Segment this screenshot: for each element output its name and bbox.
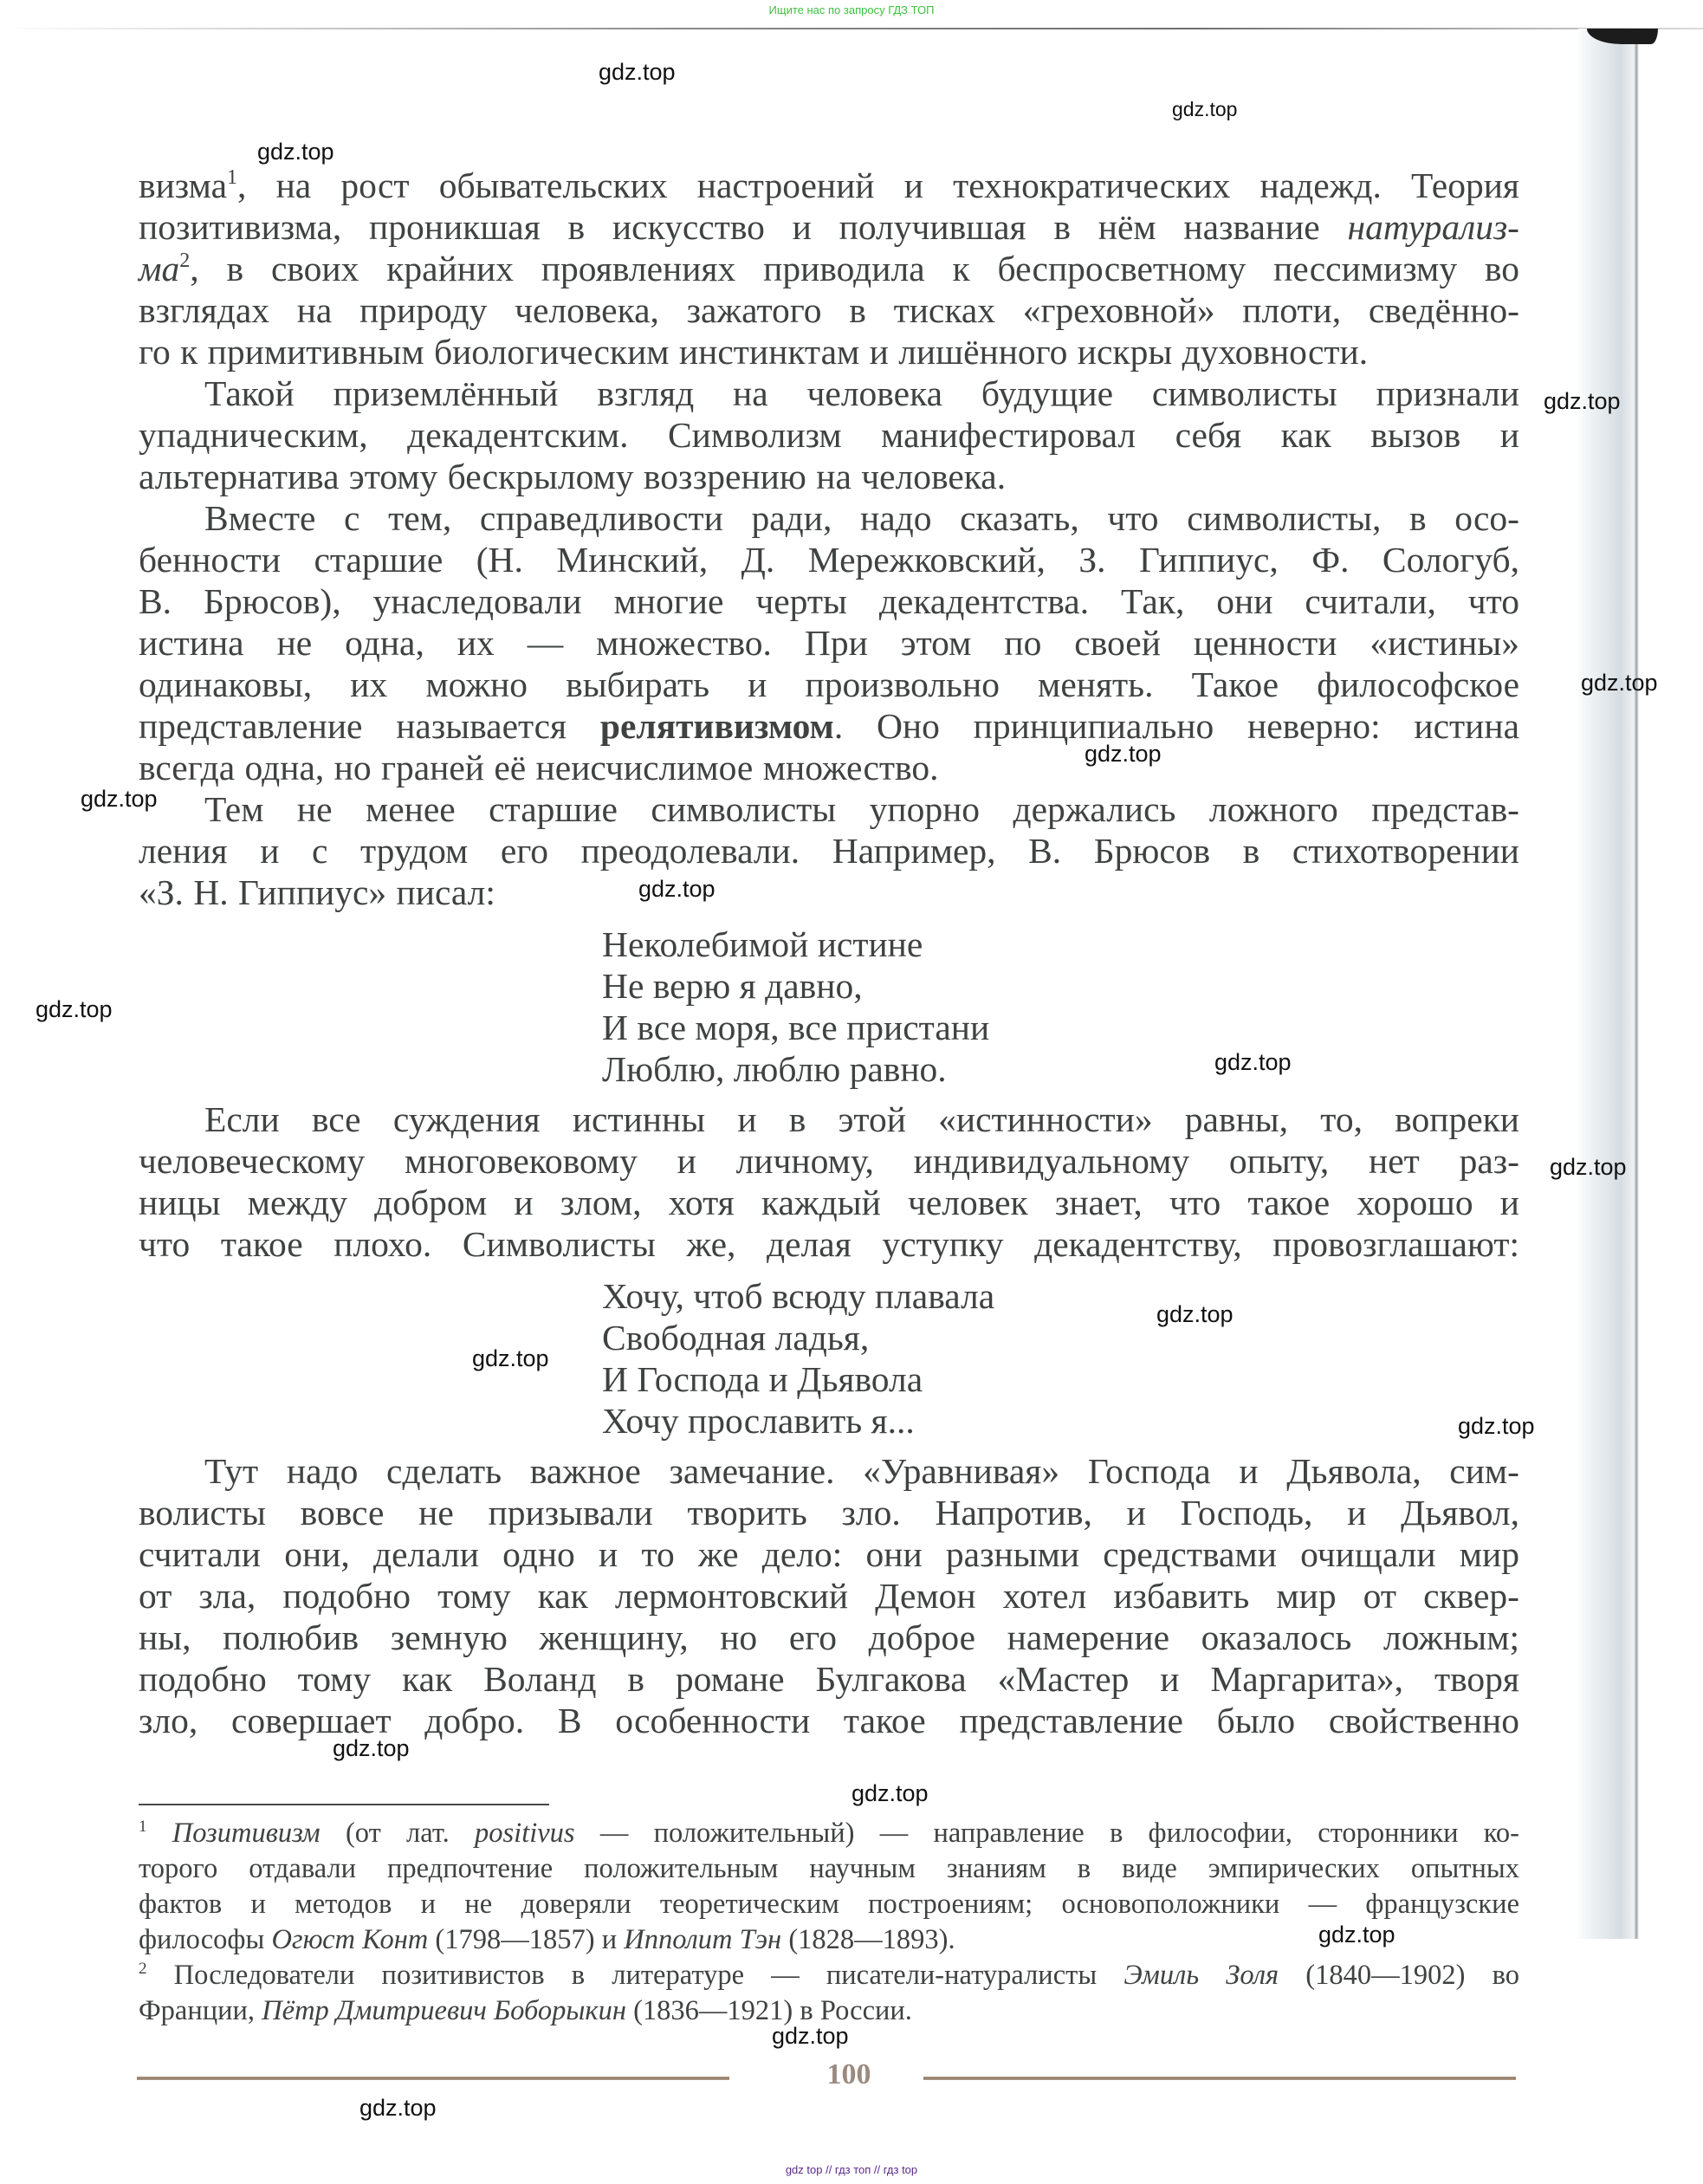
poem-line: И Господа и Дьявола [602,1358,1519,1400]
text-run: философы [139,1924,271,1955]
latin-word: positivus [475,1818,575,1849]
text-run: позитивизма, проникшая в искусство и пол… [139,207,1347,247]
poem-line: Неколебимой истине [602,924,1519,965]
paragraph-relativism: Вместе с тем, справедливости ради, надо … [139,497,1519,788]
poem-line: Хочу, чтоб всюду плавала [602,1275,1519,1317]
poem-line: Хочу прославить я... [602,1400,1519,1442]
text-run: (1798—1857) и [428,1924,624,1955]
poem-quote-1: Неколебимой истине Не верю я давно, И вс… [602,924,1519,1090]
term-naturalism: натурализ- [1347,207,1519,247]
watermark: gdz.top [1172,98,1237,121]
watermark: gdz.top [1085,741,1162,768]
footnote-divider [139,1804,549,1805]
watermark: gdz.top [81,786,158,813]
text-line: Тут надо сделать важное замечание. «Урав… [139,1450,1519,1492]
text-run: , в своих крайних проявлениях приводила … [190,249,1519,288]
text-line: торого отдавали предпочтение положительн… [139,1851,1519,1887]
text-line: В. Брюсов), унаследовали многие черты де… [139,580,1519,622]
text-line: всегда одна, но граней её неисчислимое м… [139,747,1519,788]
text-line: волисты вовсе не призывали творить зло. … [139,1492,1519,1533]
text-line: Такой приземлённый взгляд на человека бу… [139,373,1519,414]
text-line: что такое плохо. Символисты же, делая ус… [139,1223,1519,1265]
watermark: gdz.top [472,1345,549,1372]
page-number: 100 [780,2058,918,2091]
watermark: gdz.top [1550,1154,1627,1181]
watermark: gdz.top [359,2095,437,2122]
footnote-number: 2 [139,1960,147,1978]
watermark: gdz.top [638,876,716,903]
watermark: gdz.top [333,1735,410,1762]
watermark: gdz.top [772,2023,849,2050]
text-run: Франции, [139,1995,262,2026]
watermark: gdz.top [1318,1922,1395,1948]
text-line: фактов и методов и не доверяли теоретиче… [139,1887,1519,1922]
text-line: альтернатива этому бескрылому воззрению … [139,456,1519,497]
poem-line: И все моря, все пристани [602,1007,1519,1048]
footnotes: 1 Позитивизм (от лат. positivus — положи… [139,1816,1519,2029]
person-name: Ипполит Тэн [624,1924,781,1955]
text-line: истина не одна, их — множество. При этом… [139,622,1519,664]
watermark: gdz.top [1458,1413,1535,1440]
text-line: Вместе с тем, справедливости ради, надо … [139,497,1519,539]
text-line: ления и с трудом его преодолевали. Напри… [139,830,1519,872]
person-name: Огюст Конт [271,1924,428,1955]
text-run: (от лат. [321,1818,475,1849]
poem-line: Люблю, люблю равно. [602,1048,1519,1090]
term-relativism: релятивизмом [600,706,834,746]
text-run: (1828—1893). [781,1924,955,1955]
watermark: gdz.top [1214,1049,1292,1076]
watermark: gdz.top [1156,1301,1234,1328]
text-line: взглядах на природу человека, зажатого в… [139,289,1519,331]
watermark: gdz.top [257,139,334,165]
watermark: gdz.top [851,1780,929,1807]
text-line: Если все суждения истинны и в этой «исти… [139,1098,1519,1140]
text-run: — положительный) — направление в философ… [575,1818,1519,1849]
paragraph-decadent-view: Такой приземлённый взгляд на человека бу… [139,373,1519,497]
term-naturalism-end: ма [139,249,179,288]
text-line: ницы между добром и злом, хотя каждый че… [139,1182,1519,1223]
footnote-2: 2 Последователи позитивистов в литератур… [139,1958,1519,2029]
poem-line: Не верю я давно, [602,965,1519,1007]
footnote-number: 1 [139,1818,147,1836]
paragraph-important-remark: Тут надо сделать важное замечание. «Урав… [139,1450,1519,1741]
top-divider [0,28,1703,29]
paragraph-positivism: визма1, на рост обывательских настроений… [139,165,1519,373]
text-run: визма [139,165,227,205]
text-line: ны, полюбив земную женщину, но его добро… [139,1617,1519,1658]
poem-quote-2: Хочу, чтоб всюду плавала Свободная ладья… [602,1275,1519,1442]
footnote-ref-2[interactable]: 2 [179,250,190,272]
text-run: , на рост обывательских настроений и тех… [237,165,1519,205]
page-rule-right [923,2077,1516,2080]
poem-line: Свободная ладья, [602,1317,1519,1358]
text-run: Последователи позитивистов в литературе … [147,1960,1124,1991]
text-run: представление называется [139,706,600,746]
top-banner: Ищите нас по запросу ГДЗ ТОП [0,3,1703,16]
text-line: Тем не менее старшие символисты упорно д… [139,788,1519,830]
text-line: «З. Н. Гиппиус» писал: [139,872,1519,913]
text-line: человеческому многовековому и личному, и… [139,1140,1519,1182]
text-run: (1840—1902) во [1279,1960,1519,1991]
watermark: gdz.top [1581,670,1658,697]
text-run: . Оно принципиально неверно: истина [834,706,1519,746]
paragraph-good-evil: Если все суждения истинны и в этой «исти… [139,1098,1519,1265]
page-body: визма1, на рост обывательских настроений… [139,165,1519,1741]
watermark: gdz.top [599,59,676,86]
text-line: упадническим, декадентским. Символизм ма… [139,414,1519,456]
text-line: бенности старшие (Н. Минский, Д. Мережко… [139,539,1519,580]
footnote-term: Позитивизм [172,1818,321,1849]
text-line: считали они, делали одно и то же дело: о… [139,1533,1519,1575]
watermark: gdz.top [1544,388,1621,415]
text-run: (1836—1921) в России. [626,1995,912,2026]
text-line: от зла, подобно тому как лермонтовский Д… [139,1575,1519,1617]
footnote-ref-1[interactable]: 1 [227,166,237,189]
bottom-banner: gdz top // гдз топ // гдз top [0,2163,1703,2176]
text-line: одинаковы, их можно выбирать и произволь… [139,664,1519,705]
paragraph-bryusov-intro: Тем не менее старшие символисты упорно д… [139,788,1519,913]
text-line: подобно тому как Воланд в романе Булгако… [139,1658,1519,1700]
book-spine-shadow [1578,29,1639,1939]
text-line: го к примитивным биологическим инстинкта… [139,331,1519,373]
footnote-1: 1 Позитивизм (от лат. positivus — положи… [139,1816,1519,1958]
watermark: gdz.top [36,996,113,1023]
page-rule-left [137,2077,729,2080]
person-name: Эмиль Золя [1123,1960,1279,1991]
person-name: Пётр Дмитриевич Боборыкин [262,1995,626,2026]
